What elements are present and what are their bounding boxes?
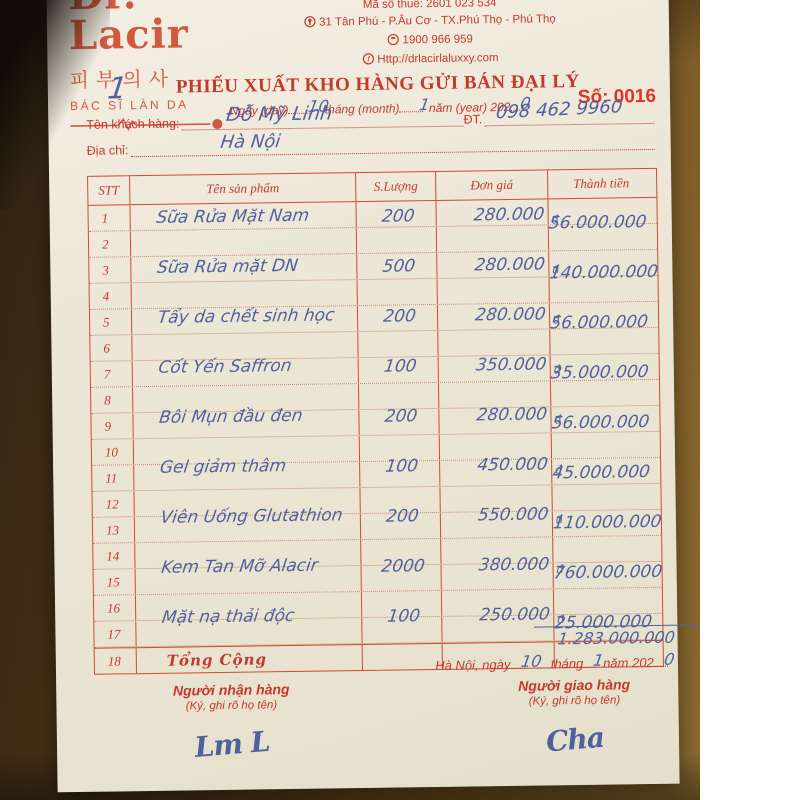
cell-amount-row-12 [552, 484, 658, 510]
footer-year-label: năm 202 [603, 655, 654, 671]
cell-name-row-15 [136, 566, 362, 594]
footer-place-prefix: Hà Nội, ngày [435, 657, 510, 673]
cell-qty-row-13 [361, 513, 441, 539]
cell-qty-row-10 [360, 435, 440, 461]
deliverer-handwritten-signature: Cha [464, 714, 686, 765]
dotted-leader [130, 137, 654, 157]
cell-price-row-1 [436, 199, 548, 226]
col-header-quantity: S.Lượng [356, 172, 436, 201]
customer-address-row: Địa chỉ: [87, 136, 655, 158]
col-header-unit-price: Đơn giá [436, 170, 548, 200]
cell-amount-row-9 [551, 406, 657, 432]
company-header: CÔNG TY CỔ PHẦN QUỐC TẾ DOPHARMA Mã số t… [214, 0, 645, 70]
cell-stt-row-16: 16 [94, 595, 136, 621]
cell-qty-row-12 [360, 487, 440, 513]
cell-price-row-15 [442, 563, 554, 590]
cell-amount-row-4 [550, 276, 656, 302]
cell-qty-row-18 [363, 644, 443, 670]
company-phone: 1900 966 959 [402, 33, 473, 46]
receiver-note: (Ký, ghi rõ họ tên) [126, 698, 336, 713]
handwritten-customer-address: Hà Nội [219, 131, 281, 153]
photo-area: Dr. Lacir 피부의사 BÁC SĨ LÀN DA CÔNG TY CỔ … [0, 0, 700, 800]
cell-stt-row-18: 18 [95, 648, 137, 674]
cell-price-row-16 [442, 589, 554, 616]
cell-name-row-8 [133, 384, 359, 412]
cell-price-row-2 [437, 225, 549, 252]
cell-amount-row-13 [553, 510, 659, 536]
cell-price-row-17 [442, 615, 554, 642]
deliverer-signature-block: Người giao hàng (Ký, ghi rõ họ tên) Cha [464, 676, 685, 758]
cell-price-row-10 [440, 433, 552, 460]
handwritten-customer-name: Đỗ Mỹ Linh [225, 102, 334, 126]
cell-qty-row-11 [360, 461, 440, 487]
cell-name-row-9 [133, 410, 359, 438]
location-pin-icon [304, 16, 316, 31]
handwritten-footer-year: 0 [662, 650, 675, 669]
company-website: Http://drlacirlaluxxy.com [377, 52, 498, 66]
cell-name-row-17 [136, 618, 362, 646]
company-address: 31 Tân Phú - P.Âu Cơ - TX.Phú Thọ - Phú … [319, 13, 556, 28]
cell-qty-row-2 [357, 227, 437, 253]
cell-stt-row-14: 14 [93, 543, 135, 569]
cell-stt-row-6: 6 [90, 335, 132, 361]
cell-amount-row-10 [552, 432, 658, 458]
cell-qty-row-16 [362, 591, 442, 617]
receiver-handwritten-signature: Lm L [126, 719, 338, 769]
cell-name-row-5 [132, 306, 358, 334]
cell-qty-row-4 [358, 279, 438, 305]
cell-stt-row-17: 17 [94, 621, 136, 647]
cell-qty-row-1 [356, 201, 436, 227]
cell-stt-row-8: 8 [91, 387, 133, 413]
cell-price-row-14 [441, 537, 553, 564]
cell-stt-row-11: 11 [92, 465, 134, 491]
cell-stt-row-13: 13 [93, 517, 135, 543]
company-website-line: fHttp://drlacirlaluxxy.com [215, 49, 645, 70]
cell-amount-row-1 [548, 198, 654, 224]
handwritten-footer-day: 10 [519, 652, 542, 671]
cell-amount-row-8 [551, 380, 657, 406]
cell-price-row-5 [438, 303, 550, 330]
cell-stt-row-5: 5 [90, 309, 132, 335]
screenshot-canvas: Dr. Lacir 피부의사 BÁC SĨ LÀN DA CÔNG TY CỔ … [0, 0, 800, 800]
cell-amount-row-5 [550, 302, 656, 328]
cell-amount-row-14 [553, 536, 659, 562]
receiver-title: Người nhận hàng [126, 680, 336, 699]
customer-phone-label: ĐT. [463, 112, 484, 126]
cell-name-row-12 [134, 488, 360, 516]
svg-text:f: f [367, 55, 370, 64]
phone-icon [387, 33, 399, 48]
cell-stt-row-4: 4 [90, 283, 132, 309]
white-padding [700, 0, 800, 800]
footer-month-label: tháng [551, 656, 584, 671]
cell-price-row-7 [439, 355, 551, 382]
footer-place-date: Hà Nội, ngày10tháng1 năm 2020 [435, 652, 670, 674]
cell-stt-row-9: 9 [91, 413, 133, 439]
cell-qty-row-15 [362, 565, 442, 591]
cell-qty-row-9 [359, 409, 439, 435]
cell-name-row-1 [130, 202, 356, 230]
cell-name-row-2 [131, 228, 357, 256]
cell-name-row-3 [131, 254, 357, 282]
company-address-line: 31 Tân Phú - P.Âu Cơ - TX.Phú Thọ - Phú … [215, 11, 645, 32]
cell-amount-row-15 [554, 562, 660, 588]
cell-name-row-4 [132, 280, 358, 308]
cell-amount-row-2 [549, 224, 655, 250]
cell-amount-row-6 [550, 328, 656, 354]
col-header-product: Tên sản phẩm [130, 173, 356, 204]
cell-price-row-4 [438, 277, 550, 304]
cell-name-row-7 [133, 358, 359, 386]
table-body: 123456789101112131415161718Tổng Cộng [88, 198, 662, 674]
receipt-paper: Dr. Lacir 피부의사 BÁC SĨ LÀN DA CÔNG TY CỔ … [46, 0, 679, 792]
company-phone-line: 1900 966 959 [215, 30, 645, 51]
cell-qty-row-8 [359, 383, 439, 409]
facebook-icon: f [362, 53, 374, 68]
cell-qty-row-7 [359, 357, 439, 383]
col-header-stt: STT [88, 176, 130, 205]
cell-price-row-11 [440, 459, 552, 486]
cell-qty-row-17 [362, 617, 442, 643]
cell-name-row-13 [135, 514, 361, 542]
cell-price-row-6 [438, 329, 550, 356]
cell-stt-row-15: 15 [94, 569, 136, 595]
cell-stt-row-1: 1 [88, 205, 130, 231]
cell-name-row-16 [136, 592, 362, 620]
col-header-amount: Thành tiền [548, 169, 654, 198]
cell-price-row-8 [439, 381, 551, 408]
cell-price-row-3 [437, 251, 549, 278]
cell-amount-row-7 [551, 354, 657, 380]
cell-amount-row-17 [554, 614, 660, 640]
cell-price-row-9 [439, 407, 551, 434]
cell-stt-row-2: 2 [89, 231, 131, 257]
customer-address-label: Địa chỉ: [87, 143, 131, 158]
cell-qty-row-3 [357, 253, 437, 279]
cell-amount-row-16 [554, 588, 660, 614]
cell-name-row-6 [132, 332, 358, 360]
deliverer-title: Người giao hàng [464, 676, 684, 695]
cell-name-row-11 [134, 462, 360, 490]
cell-qty-row-6 [358, 331, 438, 357]
items-table: STT Tên sản phẩm S.Lượng Đơn giá Thành t… [87, 168, 664, 675]
customer-name-label: Tên khách hàng: [86, 117, 181, 132]
deliverer-note: (Ký, ghi rõ họ tên) [464, 694, 684, 709]
cell-qty-row-5 [358, 305, 438, 331]
cell-amount-row-3 [549, 250, 655, 276]
cell-name-row-10 [134, 436, 360, 464]
cell-qty-row-14 [361, 539, 441, 565]
cell-stt-row-7: 7 [91, 361, 133, 387]
cell-stt-row-3: 3 [89, 257, 131, 283]
cell-stt-row-12: 12 [92, 491, 134, 517]
cell-stt-row-10: 10 [92, 439, 134, 465]
cell-price-row-13 [441, 511, 553, 538]
cell-amount-row-11 [552, 458, 658, 484]
cell-name-row-14 [135, 540, 361, 568]
receiver-signature-block: Người nhận hàng (Ký, ghi rõ họ tên) Lm L [126, 680, 337, 762]
cell-price-row-12 [440, 485, 552, 512]
total-label: Tổng Cộng [137, 645, 363, 673]
